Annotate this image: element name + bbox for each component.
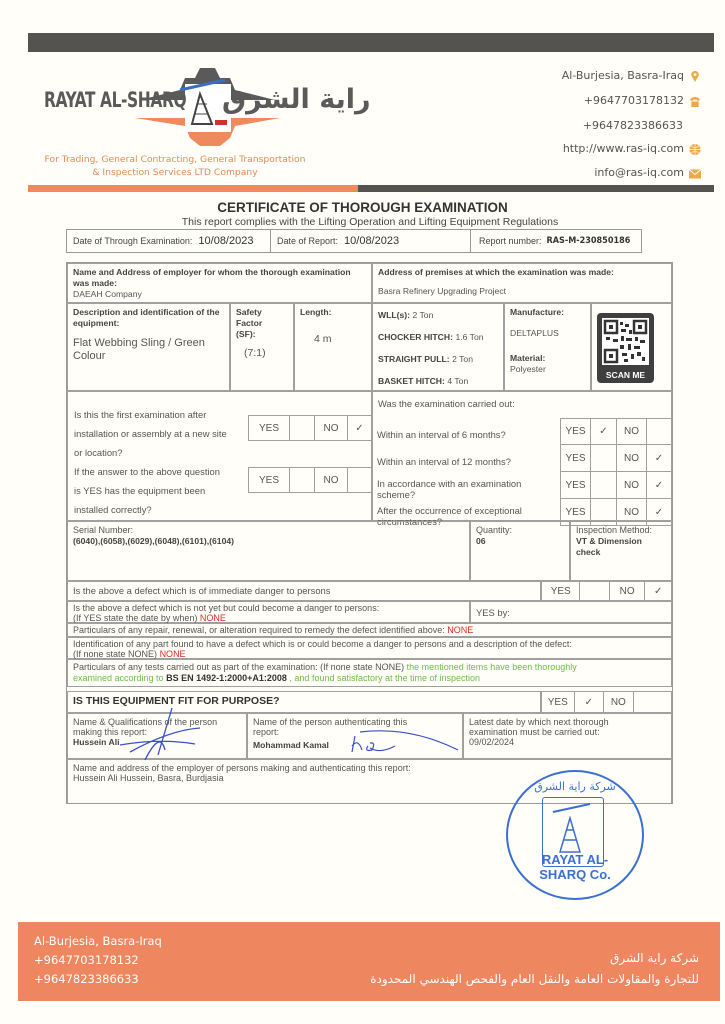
interval-12-months-question: Within an interval of 12 months? (377, 448, 557, 475)
qr-pattern (602, 318, 649, 365)
basket-label: BASKET HITCH: (378, 376, 445, 386)
q2-yes-checkbox[interactable] (290, 468, 315, 492)
contact-email[interactable]: info@ras-iq.com (481, 166, 701, 179)
q1-line-2: installation or assembly at a new site (74, 424, 227, 443)
serial-label: Serial Number: (73, 525, 464, 536)
installed-correctly-yes-no: YES NO (248, 467, 372, 493)
repair-row: Particulars of any repair, renewal, or a… (67, 623, 672, 637)
footer-phone-2[interactable]: +9647823386633 (34, 970, 162, 989)
header-stripe-dark (358, 185, 714, 192)
stamp-english-text: RAYAT AL-SHARQ Co. (520, 852, 630, 882)
address-text: Al-Burjesia, Basra-Iraq (562, 69, 684, 82)
website-link[interactable]: http://www.ras-iq.com (563, 142, 684, 155)
next-exam-cell: Latest date by which next thorough exami… (463, 713, 672, 759)
qr-code[interactable]: SCAN ME (597, 313, 654, 383)
tests-row: Particulars of any tests carried out as … (67, 659, 672, 687)
no-label: NO (617, 419, 647, 444)
12m-yes-checkbox[interactable] (591, 445, 617, 471)
company-tagline: For Trading, General Contracting, Genera… (40, 153, 310, 179)
serial-number-cell: Serial Number: (6040),(6058),(6029),(604… (67, 521, 470, 581)
employer-value: DAEAH Company (73, 289, 366, 300)
inspection-method-value: VT & Dimension check (576, 536, 666, 558)
immediate-no-checkbox[interactable]: ✓ (645, 581, 671, 601)
fit-yes-checkbox[interactable]: ✓ (575, 691, 605, 713)
yes-label: YES (541, 581, 580, 601)
no-label: NO (617, 445, 647, 471)
tests-value-2: examined according to (73, 673, 164, 683)
row-scheme: YESNO✓ (560, 472, 672, 499)
contact-phone-1[interactable]: +9647703178132 (481, 94, 701, 107)
identification-instruction: (If none state NONE) (73, 649, 157, 659)
exam-date-value: 10/08/2023 (198, 235, 253, 247)
choker-label: CHOCKER HITCH: (378, 332, 453, 342)
basket-value: 4 Ton (447, 376, 468, 386)
footer-company-arabic: شركة راية الشرق للتجارة والمقاولات العام… (370, 948, 699, 990)
phone-1-text[interactable]: +9647703178132 (584, 94, 684, 107)
wll-value: 2 Ton (413, 310, 434, 320)
immediate-yes-checkbox[interactable] (580, 581, 610, 601)
phone-2-text[interactable]: +9647823386633 (583, 119, 683, 132)
quantity-label: Quantity: (476, 525, 564, 536)
certificate-title: CERTIFICATE OF THOROUGH EXAMINATION (0, 200, 725, 215)
report-number-value: RAS-M-230850186 (547, 236, 631, 246)
yes-label: YES (561, 472, 591, 498)
material-label: Material: (510, 353, 585, 364)
equipment-desc-label: Description and identification of the eq… (73, 307, 224, 329)
stamp-arabic-text: شركة راية الشرق (530, 780, 620, 793)
12m-no-checkbox[interactable]: ✓ (647, 445, 671, 471)
identification-value: NONE (160, 649, 186, 659)
serial-value: (6040),(6058),(6029),(6048),(6101),(6104… (73, 536, 464, 547)
wll-label: WLL(s): (378, 310, 410, 320)
scheme-yes-checkbox[interactable] (591, 472, 617, 498)
tagline-line-1: For Trading, General Contracting, Genera… (40, 153, 310, 166)
quantity-cell: Quantity: 06 (470, 521, 570, 581)
length-value: 4 m (314, 334, 366, 345)
safety-factor-value: (7:1) (244, 348, 288, 359)
scan-me-label: SCAN ME (597, 370, 654, 380)
scheme-question: In accordance with an examination scheme… (377, 475, 547, 502)
contact-address: Al-Burjesia, Basra-Iraq (481, 69, 701, 82)
yes-by-cell: YES by: (470, 601, 672, 623)
next-exam-date: 09/02/2024 (469, 737, 666, 747)
quantity-value: 06 (476, 536, 564, 547)
certificate-subtitle: This report complies with the Lifting Op… (0, 216, 725, 228)
yes-label: YES (561, 419, 591, 444)
carried-out-questions: Within an interval of 6 months? Within a… (377, 421, 557, 529)
no-label: NO (315, 468, 348, 492)
contact-phone-2[interactable]: +9647823386633 (463, 119, 683, 132)
future-danger-question: Is the above a defect which is not yet b… (73, 603, 464, 613)
manufacture-cell: Manufacture: DELTAPLUS Material: Polyest… (504, 303, 591, 391)
footer-address: Al-Burjesia, Basra-Iraq (34, 932, 162, 951)
report-number-label: Report number: (479, 236, 542, 246)
length-cell: Length: 4 m (294, 303, 372, 391)
repair-value: NONE (447, 625, 473, 635)
equipment-desc-value: Flat Webbing Sling / Green Colour (73, 337, 224, 363)
footer-arabic-description: للتجارة والمقاولات العامة والنقل العام و… (370, 969, 699, 990)
q1-yes-checkbox[interactable] (290, 416, 315, 440)
footer-contact: Al-Burjesia, Basra-Iraq +9647703178132 +… (34, 932, 162, 989)
contact-website[interactable]: http://www.ras-iq.com (481, 142, 701, 155)
length-label: Length: (300, 307, 366, 318)
row-12-months: YESNO✓ (560, 445, 672, 472)
q2-no-checkbox[interactable] (348, 468, 371, 492)
date-box: Date of Through Examination:10/08/2023 D… (66, 229, 642, 253)
interval-6-months-question: Within an interval of 6 months? (377, 421, 557, 448)
q2-line-2: is YES has the equipment been (74, 481, 227, 500)
footer-arabic-name: شركة راية الشرق (370, 948, 699, 969)
email-link[interactable]: info@ras-iq.com (594, 166, 684, 179)
header-stripe-orange (28, 185, 358, 192)
tests-value-1: the mentioned items have been thoroughly (407, 662, 577, 672)
brand-name-ar: راية الشرق (222, 84, 371, 115)
choker-row: CHOCKER HITCH: 1.6 Ton (378, 326, 498, 348)
carried-out-label: Was the examination carried out: (378, 398, 666, 409)
yes-label: YES (249, 416, 290, 440)
fit-yes-no: YES ✓ NO (540, 691, 672, 713)
yes-label: YES (561, 445, 591, 471)
future-danger-value: NONE (200, 613, 226, 623)
tests-question: Particulars of any tests carried out as … (73, 662, 404, 672)
q2-line-1: If the answer to the above question (74, 462, 227, 481)
safety-factor-label: Safety Factor (SF): (236, 307, 276, 340)
brand-name-en: RAYAT AL-SHARQ (44, 88, 186, 112)
straight-value: 2 Ton (452, 354, 473, 364)
tests-value-3: , and found satisfactory at the time of … (289, 673, 480, 683)
q1-line-1: Is this the first examination after (74, 405, 227, 424)
straight-label: STRAIGHT PULL: (378, 354, 450, 364)
tests-standard: BS EN 1492-1:2000+A1:2008 (166, 673, 287, 683)
no-label: NO (604, 691, 634, 713)
report-number-cell: Report number:RAS-M-230850186 (471, 230, 641, 252)
tagline-line-2: & Inspection Services LTD Company (40, 166, 310, 179)
first-exam-yes-no: YES NO ✓ (248, 415, 372, 441)
report-date-label: Date of Report: (277, 236, 338, 246)
wll-cell: WLL(s): 2 Ton CHOCKER HITCH: 1.6 Ton STR… (372, 303, 504, 391)
authenticator-signature (300, 728, 460, 763)
future-danger-cell: Is the above a defect which is not yet b… (67, 601, 470, 623)
wll-row: WLL(s): 2 Ton (378, 304, 498, 326)
exam-date-cell: Date of Through Examination:10/08/2023 (67, 230, 271, 252)
straight-row: STRAIGHT PULL: 2 Ton (378, 348, 498, 370)
no-label: NO (617, 472, 647, 498)
inspection-method-label: Inspection Method: (576, 525, 666, 536)
immediate-danger-yes-no: YES NO ✓ (540, 581, 672, 601)
next-exam-label: Latest date by which next thorough exami… (469, 717, 649, 737)
no-label: NO (610, 581, 645, 601)
safety-factor-cell: Safety Factor (SF): (7:1) (230, 303, 294, 391)
inspection-method-cell: Inspection Method: VT & Dimension check (570, 521, 672, 581)
q2-line-3: installed correctly? (74, 500, 227, 519)
maker-signature (100, 700, 220, 770)
identification-row: Identification of any part found to have… (67, 637, 672, 659)
q1-line-3: or location? (74, 443, 227, 462)
manufacture-label: Manufacture: (510, 307, 585, 318)
row-6-months: YES✓NO (560, 418, 672, 445)
globe-icon (689, 144, 701, 155)
6m-yes-checkbox[interactable]: ✓ (591, 419, 617, 444)
stamp-oil-derrick-icon (548, 800, 598, 860)
carried-out-yes-no-grid: YES✓NO YESNO✓ YESNO✓ YESNO✓ (560, 418, 672, 526)
report-date-value: 10/08/2023 (344, 235, 399, 247)
basket-row: BASKET HITCH: 4 Ton (378, 370, 498, 392)
yes-label: YES (541, 691, 575, 713)
premises-cell: Address of premises at which the examina… (372, 263, 672, 303)
q1-no-checkbox[interactable]: ✓ (348, 416, 371, 440)
choker-value: 1.6 Ton (455, 332, 483, 342)
exam-date-label: Date of Through Examination: (73, 236, 192, 246)
header-top-bar (28, 33, 714, 52)
footer-phone-1[interactable]: +9647703178132 (34, 951, 162, 970)
identification-question: Identification of any part found to have… (73, 639, 666, 649)
future-danger-instruction: (If YES state the date by when) (73, 613, 197, 623)
scheme-no-checkbox[interactable]: ✓ (647, 472, 671, 498)
envelope-icon (689, 168, 701, 179)
manufacture-value: DELTAPLUS (510, 328, 585, 339)
premises-label: Address of premises at which the examina… (378, 267, 666, 278)
report-date-cell: Date of Report:10/08/2023 (271, 230, 471, 252)
yes-by-label: YES by: (476, 607, 510, 618)
first-exam-question: Is this the first examination after inst… (74, 405, 227, 519)
6m-no-checkbox[interactable] (647, 419, 671, 444)
phone-icon (689, 96, 701, 107)
premises-value: Basra Refinery Upgrading Project (378, 286, 666, 297)
material-value: Polyester (510, 364, 585, 375)
equipment-description-cell: Description and identification of the eq… (67, 303, 230, 391)
no-label: NO (315, 416, 348, 440)
employer-label: Name and Address of employer for whom th… (73, 267, 366, 289)
location-pin-icon (689, 71, 701, 82)
fit-no-checkbox[interactable] (634, 691, 671, 713)
employer-cell: Name and Address of employer for whom th… (67, 263, 372, 303)
yes-label: YES (249, 468, 290, 492)
repair-question: Particulars of any repair, renewal, or a… (73, 625, 445, 635)
